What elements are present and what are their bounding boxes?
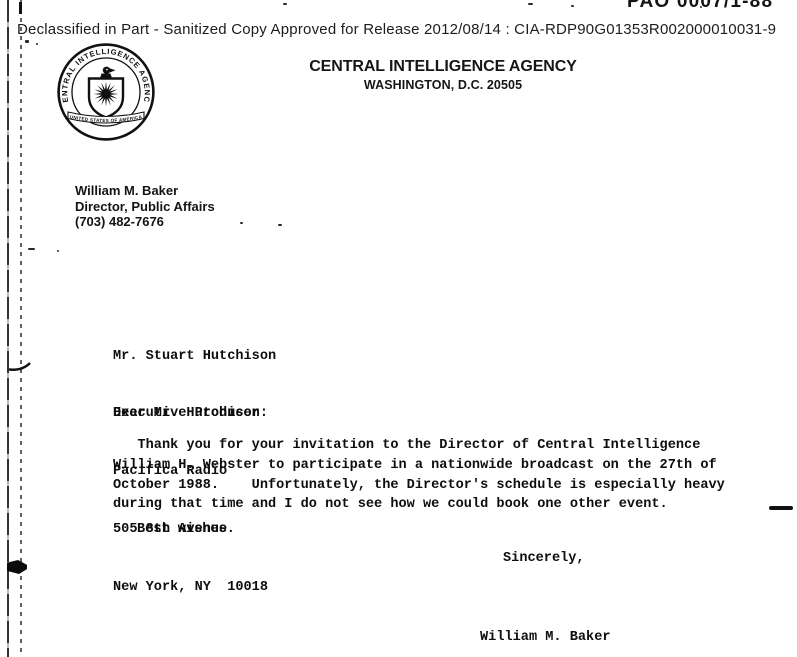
- scan-speck: [240, 222, 243, 224]
- recipient-name: Mr. Stuart Hutchison: [113, 347, 276, 366]
- scan-tick-mark: [19, 2, 22, 14]
- scan-vertical-line: [7, 0, 9, 657]
- scan-dotted-line: [20, 0, 22, 657]
- scan-speck: [28, 248, 35, 250]
- sender-phone: (703) 482-7676: [75, 214, 215, 230]
- scan-blob-mark: [7, 560, 27, 574]
- scan-speck: [283, 3, 287, 5]
- scan-speck: [57, 250, 59, 252]
- letterhead: CENTRAL INTELLIGENCE AGENCY WASHINGTON, …: [295, 58, 591, 92]
- routing-stamp-clipped: PAO 0007/1-88: [627, 0, 773, 13]
- compass-rose-icon: [94, 82, 119, 107]
- declassification-banner: Declassified in Part - Sanitized Copy Ap…: [17, 21, 776, 38]
- scan-speck: [571, 5, 574, 7]
- agency-name: CENTRAL INTELLIGENCE AGENCY: [295, 58, 591, 76]
- letter-body-paragraph: Thank you for your invitation to the Dir…: [113, 436, 725, 515]
- sender-contact-block: William M. Baker Director, Public Affair…: [75, 183, 215, 230]
- salutation: Dear Mr. Hutchison:: [113, 406, 268, 421]
- cia-seal: CENTRAL INTELLIGENCE AGENCY UNITED STATE…: [54, 42, 158, 142]
- scan-speck: [528, 3, 533, 5]
- recipient-city: New York, NY 10018: [113, 578, 276, 597]
- sender-title: Director, Public Affairs: [75, 199, 215, 215]
- scan-speck: [25, 40, 29, 43]
- scanned-letter-page: Declassified in Part - Sanitized Copy Ap…: [0, 0, 797, 657]
- closing-line: Best wishes.: [137, 522, 235, 537]
- eagle-icon: [100, 67, 116, 79]
- agency-address: WASHINGTON, D.C. 20505: [295, 78, 591, 92]
- scan-speck: [36, 43, 38, 45]
- scan-hook-mark: [8, 361, 32, 373]
- valediction: Sincerely,: [503, 551, 585, 566]
- scan-speck: [278, 224, 282, 226]
- signature-name: William M. Baker: [480, 630, 611, 645]
- sender-name: William M. Baker: [75, 183, 215, 199]
- scan-right-dash: [769, 506, 793, 510]
